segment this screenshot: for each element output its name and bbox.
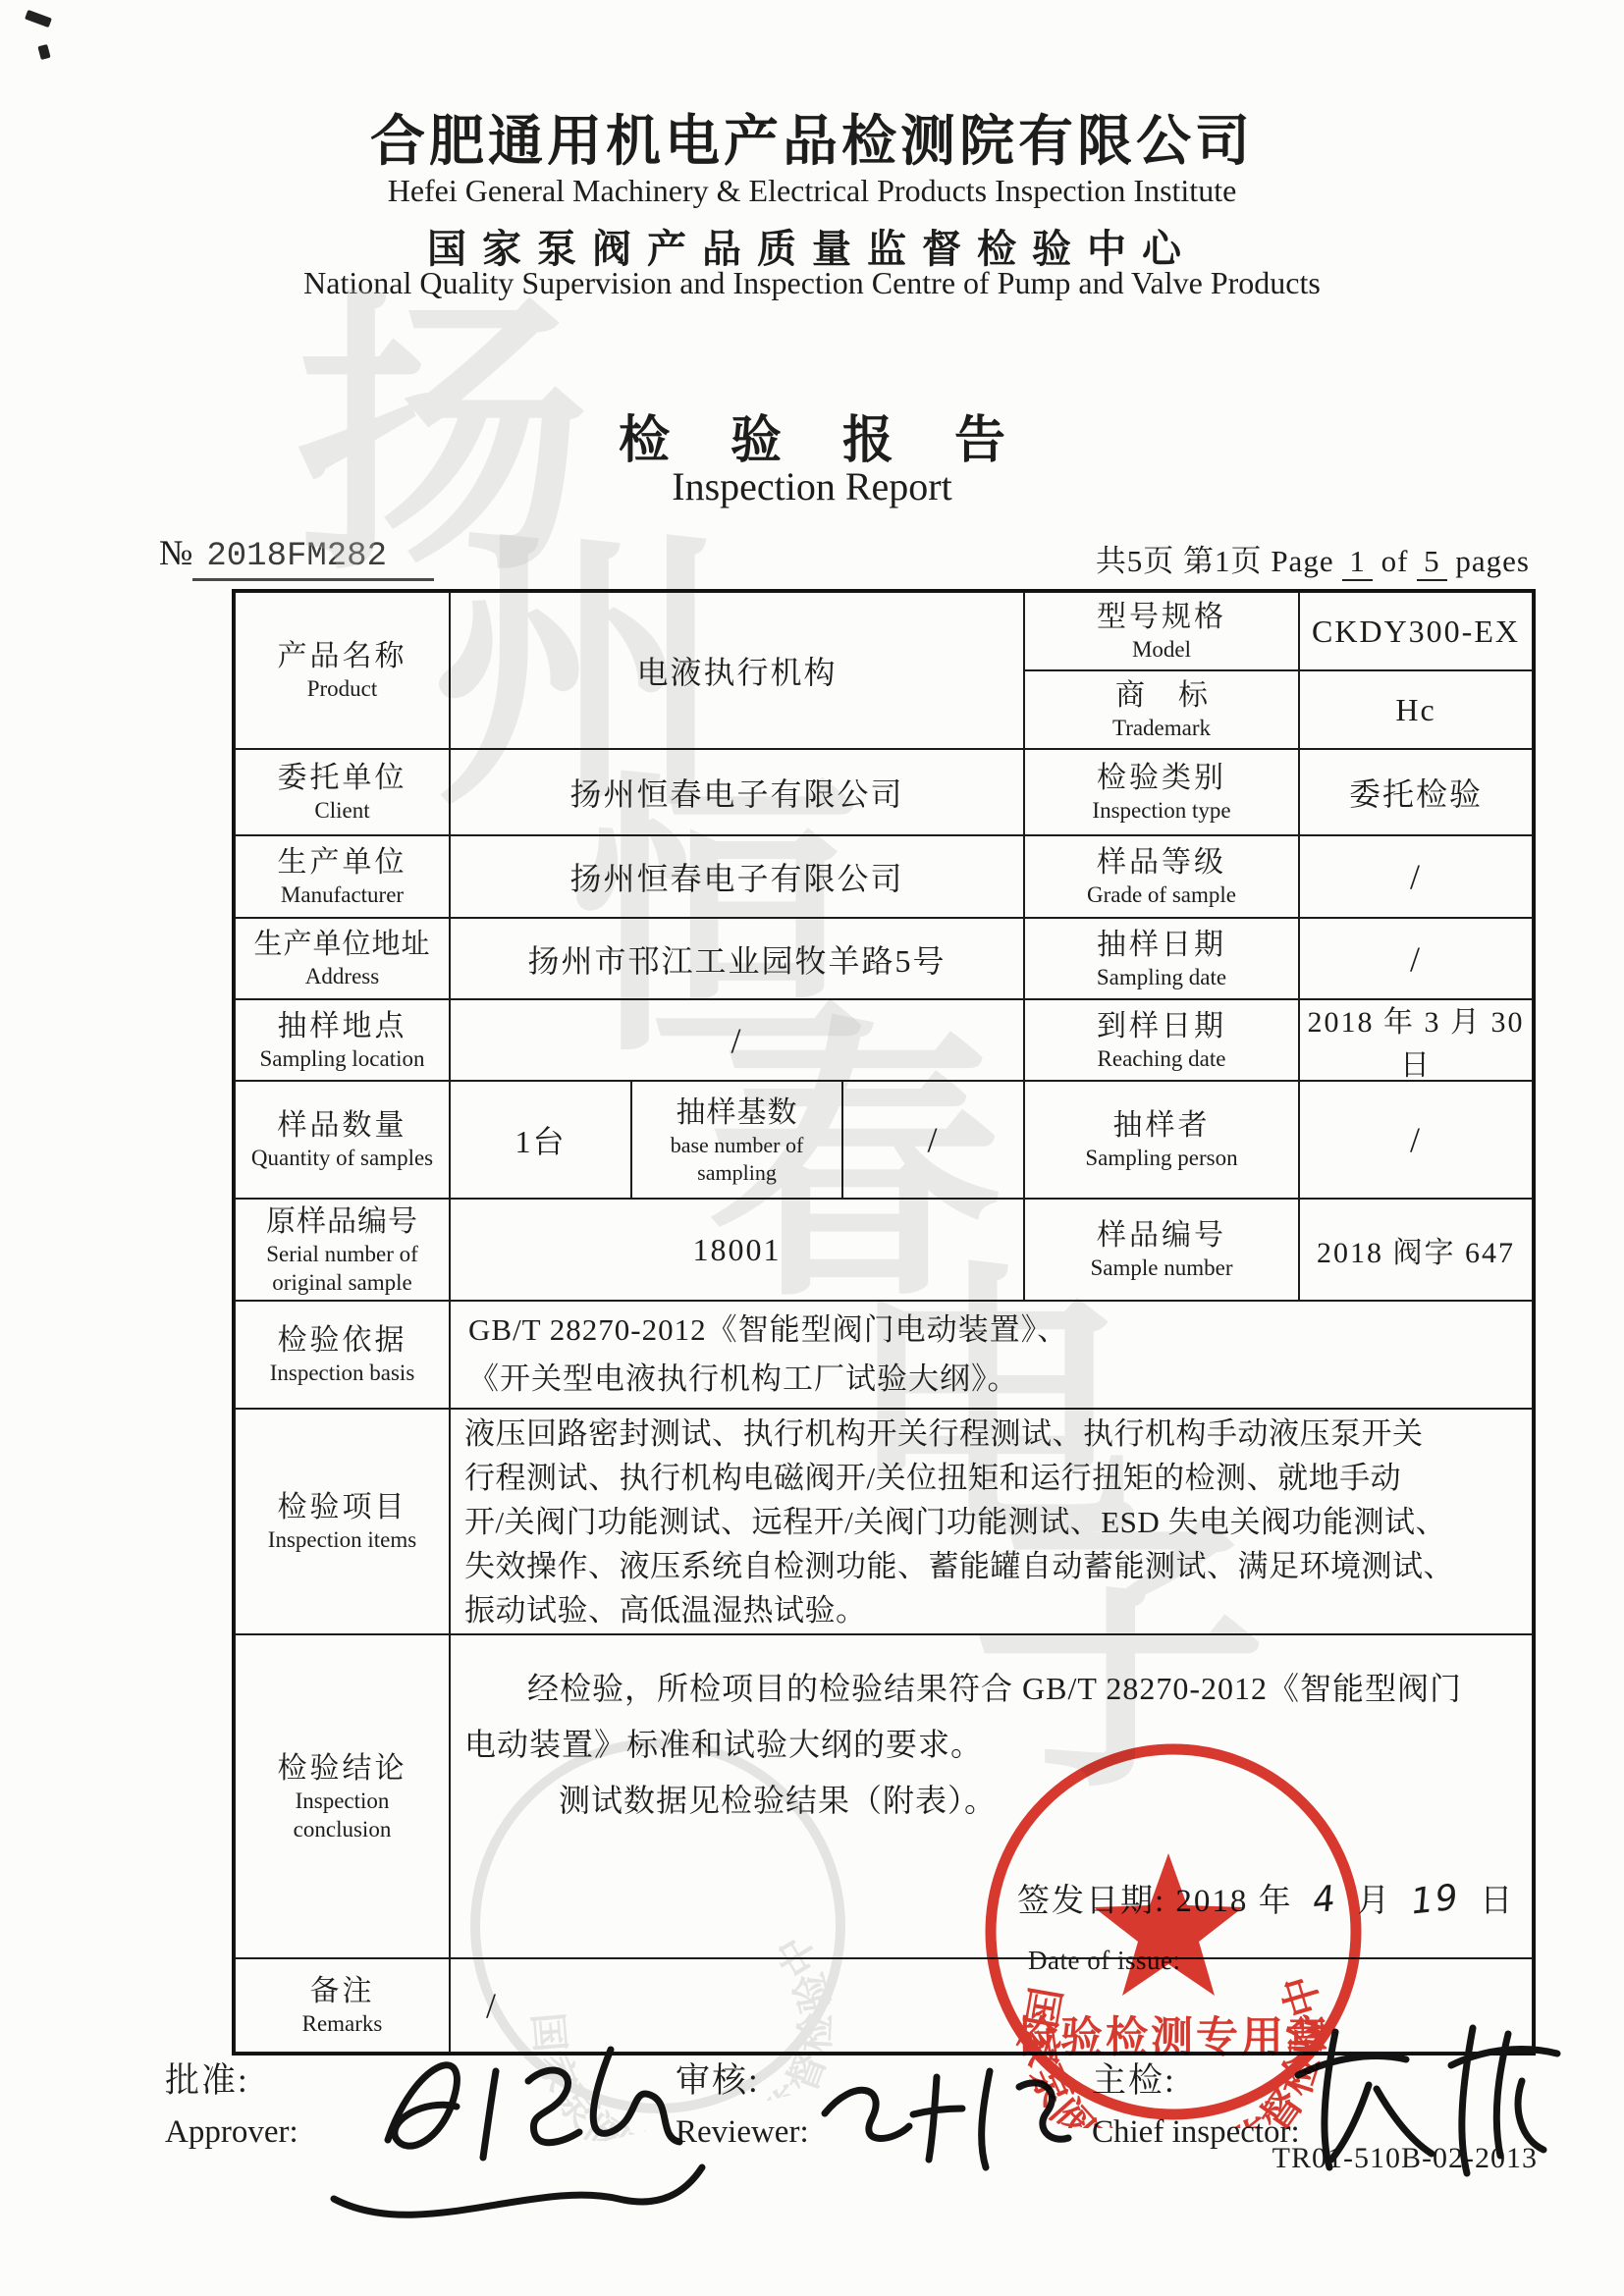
address-value: 扬州市邗江工业园牧羊路5号	[527, 936, 946, 982]
reaching-date-value: 2018 年 3 月 30 日	[1302, 997, 1530, 1084]
conclusion-line: 电动装置》标准和试验大纲的要求。	[453, 1717, 983, 1773]
inspection-basis-label-cn: 检验依据	[278, 1321, 407, 1360]
approver-label: 批准: Approver:	[165, 2054, 298, 2151]
org-name-en: Hefei General Machinery & Electrical Pro…	[0, 173, 1624, 209]
org-name-cn: 合肥通用机电产品检测院有限公司	[0, 98, 1624, 177]
inspection-items-label-cell: 检验项目 Inspection items	[235, 1409, 450, 1634]
sampling-date-value: /	[1410, 938, 1422, 980]
trademark-label-en: Trademark	[1112, 715, 1211, 742]
report-title-cn: 检验报告	[0, 399, 1624, 472]
sample-number-label-cn: 样品编号	[1097, 1216, 1226, 1255]
pagination-current: 1	[1342, 544, 1373, 581]
inspection-basis-line: 《开关型电液执行机构工厂试验大纲》。	[453, 1355, 1019, 1404]
reaching-date-label-en: Reaching date	[1098, 1045, 1226, 1073]
grade-label-en: Grade of sample	[1087, 881, 1236, 909]
inspection-items-label-en: Inspection items	[268, 1526, 416, 1554]
product-value-cell: 电液执行机构	[450, 592, 1024, 749]
trademark-value-cell: Hc	[1299, 670, 1533, 749]
reaching-date-label-cn: 到样日期	[1097, 1007, 1226, 1045]
serial-number-label-en1: Serial number of	[266, 1241, 418, 1268]
address-value-cell: 扬州市邗江工业园牧羊路5号	[450, 918, 1024, 999]
official-stamp: 国家泵阀产品质量监督检验中心 检验检测专用章	[977, 1735, 1370, 2128]
conclusion-label-en2: conclusion	[294, 1816, 392, 1843]
inspection-basis-value-cell: GB/T 28270-2012《智能型阀门电动装置》、 《开关型电液执行机构工厂…	[450, 1301, 1533, 1409]
inspection-items-line: 液压回路密封测试、执行机构开关行程测试、执行机构手动液压泵开关	[464, 1412, 1424, 1456]
inspection-items-line: 振动试验、高低温湿热试验。	[464, 1588, 867, 1632]
base-number-value-cell: /	[842, 1081, 1024, 1199]
approver-label-en: Approver:	[165, 2114, 298, 2151]
serial-number-label-cn: 原样品编号	[266, 1202, 418, 1241]
client-value-cell: 扬州恒春电子有限公司	[450, 749, 1024, 835]
sampling-date-label-en: Sampling date	[1097, 964, 1226, 991]
trademark-label-cn: 商标	[1082, 676, 1241, 715]
grade-value: /	[1410, 856, 1422, 897]
quantity-label-cell: 样品数量 Quantity of samples	[235, 1081, 450, 1199]
client-label-cell: 委托单位 Client	[235, 749, 450, 835]
client-value: 扬州恒春电子有限公司	[569, 770, 903, 815]
inspection-report-page: 扬 州 恒 春 电 子 合肥通用机电产品检测院有限公司 Hefei Genera…	[0, 0, 1624, 2296]
product-value: 电液执行机构	[636, 648, 837, 693]
serial-number-value: 18001	[693, 1232, 782, 1268]
inspection-items-line: 开/关阀门功能测试、远程开/关阀门功能测试、ESD 失电关阀功能测试、	[464, 1500, 1446, 1544]
pagination-of-word: of	[1381, 544, 1409, 578]
manufacturer-value-cell: 扬州恒春电子有限公司	[450, 835, 1024, 918]
sampling-location-label-en: Sampling location	[259, 1045, 424, 1073]
sampling-location-label-cell: 抽样地点 Sampling location	[235, 999, 450, 1081]
issue-date-day-unit: 日	[1480, 1884, 1514, 1919]
report-number-value: 2018FM282	[192, 538, 434, 581]
quantity-value: 1台	[514, 1117, 566, 1162]
conclusion-label-cn: 检验结论	[278, 1749, 407, 1788]
manufacturer-label-cell: 生产单位 Manufacturer	[235, 835, 450, 918]
product-label-en: Product	[307, 675, 378, 703]
report-number: №2018FM282	[159, 532, 434, 581]
grade-value-cell: /	[1299, 835, 1533, 918]
approver-signature	[295, 2002, 717, 2248]
base-number-label-cell: 抽样基数 base number of sampling	[631, 1081, 842, 1199]
stamp-star-icon	[1094, 1853, 1243, 1996]
model-value: CKDY300-EX	[1312, 614, 1520, 650]
model-label-cn: 型号规格	[1097, 598, 1226, 636]
report-number-label: №	[159, 533, 192, 572]
inspection-items-line: 行程测试、执行机构电磁阀开/关位扭矩和运行扭矩的检测、就地手动	[464, 1456, 1401, 1500]
inspection-basis-label-en: Inspection basis	[270, 1360, 415, 1387]
reaching-date-value-cell: 2018 年 3 月 30 日	[1299, 999, 1533, 1081]
inspection-basis-line: GB/T 28270-2012《智能型阀门电动装置》、	[453, 1306, 1068, 1355]
sampling-date-label-cell: 抽样日期 Sampling date	[1024, 918, 1299, 999]
quantity-label-en: Quantity of samples	[251, 1145, 433, 1172]
conclusion-label-cell: 检验结论 Inspection conclusion	[235, 1634, 450, 1958]
sampling-location-value: /	[731, 1020, 742, 1061]
pagination-total: 5	[1417, 544, 1447, 581]
sampling-person-value: /	[1410, 1119, 1422, 1160]
inspection-type-label-en: Inspection type	[1092, 797, 1230, 825]
sampling-location-label-cn: 抽样地点	[278, 1007, 407, 1045]
sample-number-value-cell: 2018 阀字 647	[1299, 1199, 1533, 1301]
scan-speck	[37, 44, 50, 60]
sampling-person-value-cell: /	[1299, 1081, 1533, 1199]
product-label-cn: 产品名称	[278, 637, 407, 675]
model-label-en: Model	[1132, 636, 1191, 664]
base-number-label-en1: base number of	[671, 1132, 804, 1159]
approver-label-cn: 批准:	[165, 2061, 249, 2100]
pagination: 共5页 第1页 Page 1 of 5 pages	[1096, 536, 1530, 580]
grade-label-cell: 样品等级 Grade of sample	[1024, 835, 1299, 918]
base-number-label-en2: sampling	[697, 1159, 777, 1187]
base-number-label-cn: 抽样基数	[677, 1094, 798, 1132]
trademark-label-cell: 商标 Trademark	[1024, 670, 1299, 749]
pagination-pages-word: pages	[1455, 544, 1530, 578]
inspection-type-label-cell: 检验类别 Inspection type	[1024, 749, 1299, 835]
inspection-type-label-cn: 检验类别	[1097, 759, 1226, 797]
sample-number-value: 2018 阀字 647	[1317, 1228, 1515, 1271]
sampling-location-value-cell: /	[450, 999, 1024, 1081]
serial-number-label-en2: original sample	[272, 1269, 411, 1297]
product-label-cell: 产品名称 Product	[235, 592, 450, 749]
pagination-cn: 共5页 第1页	[1096, 544, 1263, 578]
grade-label-cn: 样品等级	[1097, 843, 1226, 881]
quantity-label-cn: 样品数量	[278, 1106, 407, 1145]
conclusion-line: 经检验，所检项目的检验结果符合 GB/T 28270-2012《智能型阀门	[453, 1661, 1462, 1717]
conclusion-label-en1: Inspection	[296, 1788, 390, 1815]
center-name-en: National Quality Supervision and Inspect…	[0, 265, 1624, 301]
sampling-person-label-cn: 抽样者	[1113, 1106, 1211, 1145]
sampling-date-value-cell: /	[1299, 918, 1533, 999]
serial-number-value-cell: 18001	[450, 1199, 1024, 1301]
address-label-cn: 生产单位地址	[253, 927, 430, 964]
client-label-en: Client	[314, 797, 369, 825]
sampling-person-label-en: Sampling person	[1085, 1145, 1237, 1172]
inspection-items-label-cn: 检验项目	[278, 1488, 407, 1526]
sample-number-label-cell: 样品编号 Sample number	[1024, 1199, 1299, 1301]
trademark-value: Hc	[1395, 692, 1435, 728]
inspection-type-value: 委托检验	[1349, 770, 1483, 815]
sample-number-label-en: Sample number	[1091, 1255, 1233, 1282]
inspection-basis-label-cell: 检验依据 Inspection basis	[235, 1301, 450, 1409]
pagination-page-word: Page	[1271, 544, 1333, 578]
client-label-cn: 委托单位	[278, 759, 407, 797]
inspection-items-value-cell: 液压回路密封测试、执行机构开关行程测试、执行机构手动液压泵开关 行程测试、执行机…	[450, 1409, 1533, 1634]
quantity-value-cell: 1台	[450, 1081, 631, 1199]
address-label-cell: 生产单位地址 Address	[235, 918, 450, 999]
manufacturer-label-cn: 生产单位	[278, 843, 407, 881]
report-title-en: Inspection Report	[0, 463, 1624, 509]
stamp-bottom-text: 检验检测专用章	[1015, 2013, 1331, 2061]
inspection-type-value-cell: 委托检验	[1299, 749, 1533, 835]
base-number-value: /	[927, 1119, 939, 1160]
model-value-cell: CKDY300-EX	[1299, 592, 1533, 670]
manufacturer-label-en: Manufacturer	[281, 881, 404, 909]
reaching-date-label-cell: 到样日期 Reaching date	[1024, 999, 1299, 1081]
sampling-date-label-cn: 抽样日期	[1097, 926, 1226, 964]
address-label-en: Address	[305, 963, 379, 990]
sampling-person-label-cell: 抽样者 Sampling person	[1024, 1081, 1299, 1199]
issue-date-day-handwritten: 19	[1399, 1876, 1472, 1923]
scan-speck	[25, 10, 52, 27]
conclusion-line: 测试数据见检验结果（附表）。	[453, 1773, 997, 1829]
manufacturer-value: 扬州恒春电子有限公司	[569, 854, 903, 899]
serial-number-label-cell: 原样品编号 Serial number of original sample	[235, 1199, 450, 1301]
inspection-items-line: 失效操作、液压系统自检测功能、蓄能罐自动蓄能测试、满足环境测试、	[464, 1544, 1454, 1588]
model-label-cell: 型号规格 Model	[1024, 592, 1299, 670]
